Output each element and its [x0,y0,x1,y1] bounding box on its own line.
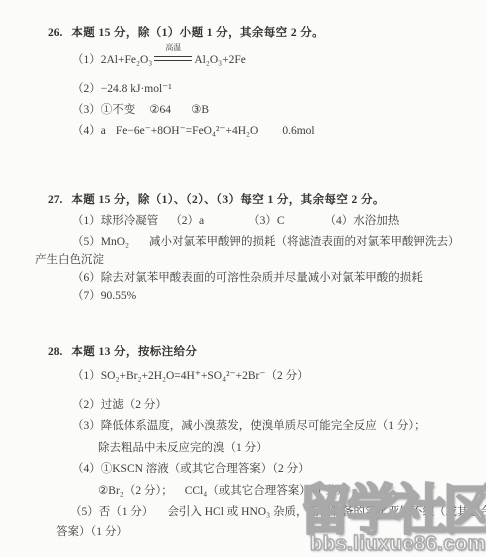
answer-28-item5-cont-text: 答案）（1 分） [56,526,128,538]
answer-26-item1-label: （1） [72,54,101,66]
answer-28-item5-part1: （5）否（1 分） [70,506,153,518]
answer-26-item1: （1）2Al+Fe₂O₃高温Al₂O₃+2Fe [72,52,246,67]
answer-28-item2: （2）过滤（2 分） [72,398,167,412]
answer-28-item3-line1-text: （3）降低体系温度，减小溴蒸发，使溴单质尽可能完全反应（1 分）； [72,420,426,432]
section-28-header: 28.本题 13 分，按标注给分 [48,345,197,359]
answer-28-item4-line1-text: （4）①KSCN 溶液（或其它合理答案）（2 分） [72,463,310,475]
answer-26-item3: （3）①不变②64③B [72,103,209,117]
answer-27-item5-continuation: 产生白色沉淀 [35,253,104,267]
answer-26-item4-amount: 0.6mol [282,125,314,137]
answer-27-item7-text: （7）90.55% [72,290,136,302]
answer-27-item1: （1）球形冷凝管 [72,215,158,227]
answer-27-item2: （2）a [170,215,204,227]
equation-right-side: Al₂O₃+2Fe [194,54,246,66]
answer-28-item5-continuation: 答案）（1 分） [56,525,128,539]
section-28-title: 本题 13 分，按标注给分 [71,346,197,358]
answer-26-item4: （4）aFe−6e⁻+8OH⁻=FeO₄²⁻+4H₂O0.6mol [72,124,315,138]
watermark-site-url: bbs.liuxue86.com [310,533,486,555]
section-26-number: 26. [48,27,62,39]
equation-left-side: 2Al+Fe₂O₃ [101,54,153,66]
answer-27-item5-part2: 减小对氯苯甲酸钾的损耗（将滤渣表面的对氯苯甲酸钾洗去） [149,236,460,248]
section-27-header: 27.本题 15 分，除（1）、（2）、（3）每空 1 分，其余每空 2 分。 [48,193,385,207]
answer-27-item4: （4）水浴加热 [325,215,400,227]
answer-28-item3-line1: （3）降低体系温度，减小溴蒸发，使溴单质尽可能完全反应（1 分）； [72,419,426,433]
answer-26-item2: （2）−24.8 kJ·mol⁻¹ [72,82,172,96]
section-27-number: 27. [48,194,62,206]
answer-27-item7: （7）90.55% [72,289,136,303]
answer-27-item5-part1: （5）MnO₂ [72,236,129,248]
answer-27-items1to4: （1）球形冷凝管（2）a（3）C（4）水浴加热 [72,214,399,228]
answer-26-item4-part1: （4）a [72,125,106,137]
answer-26-item3-part1: （3）①不变 [72,104,135,116]
section-26-header: 26.本题 15 分，除（1）小题 1 分，其余每空 2 分。 [48,26,324,40]
section-27-title: 本题 15 分，除（1）、（2）、（3）每空 1 分，其余每空 2 分。 [71,194,384,206]
answer-28-item1: （1）SO₂+Br₂+2H₂O=4H⁺+SO₄²⁻+2Br⁻（2 分） [72,369,309,383]
answer-28-item3-line2: 除去粗品中未反应完的溴（1 分） [98,441,268,455]
answer-26-item3-part2: ②64 [149,104,171,116]
answer-28-item4-line2-part1: ②Br₂（2 分）； [98,485,173,497]
equals-double-line [154,56,192,61]
answer-27-item3: （3）C [248,215,284,227]
reaction-condition-overset: 高温 [153,52,193,64]
section-26-title: 本题 15 分，除（1）小题 1 分，其余每空 2 分。 [71,27,324,39]
answer-27-item6-text: （6）除去对氯苯甲酸表面的可溶性杂质并尽量减小对氯苯甲酸的损耗 [72,272,423,284]
answer-28-item4-line1: （4）①KSCN 溶液（或其它合理答案）（2 分） [72,462,310,476]
answer-28-item1-equation: （1）SO₂+Br₂+2H₂O=4H⁺+SO₄²⁻+2Br⁻（2 分） [72,370,309,382]
exam-answer-sheet-page: 26.本题 15 分，除（1）小题 1 分，其余每空 2 分。 （1）2Al+F… [0,0,486,557]
answer-27-item6: （6）除去对氯苯甲酸表面的可溶性杂质并尽量减小对氯苯甲酸的损耗 [72,271,423,285]
answer-27-item5-cont-text: 产生白色沉淀 [35,254,104,266]
answer-28-item2-text: （2）过滤（2 分） [72,399,167,411]
section-28-number: 28. [48,346,62,358]
answer-26-item2-text: （2）−24.8 kJ·mol⁻¹ [72,83,172,95]
answer-28-item3-line2-text: 除去粗品中未反应完的溴（1 分） [98,442,268,454]
answer-26-item3-part3: ③B [191,104,209,116]
answer-26-item4-equation: Fe−6e⁻+8OH⁻=FeO₄²⁻+4H₂O [116,125,259,137]
answer-27-item5: （5）MnO₂减小对氯苯甲酸钾的损耗（将滤渣表面的对氯苯甲酸钾洗去） [72,235,460,249]
reaction-condition-label: 高温 [153,44,193,52]
